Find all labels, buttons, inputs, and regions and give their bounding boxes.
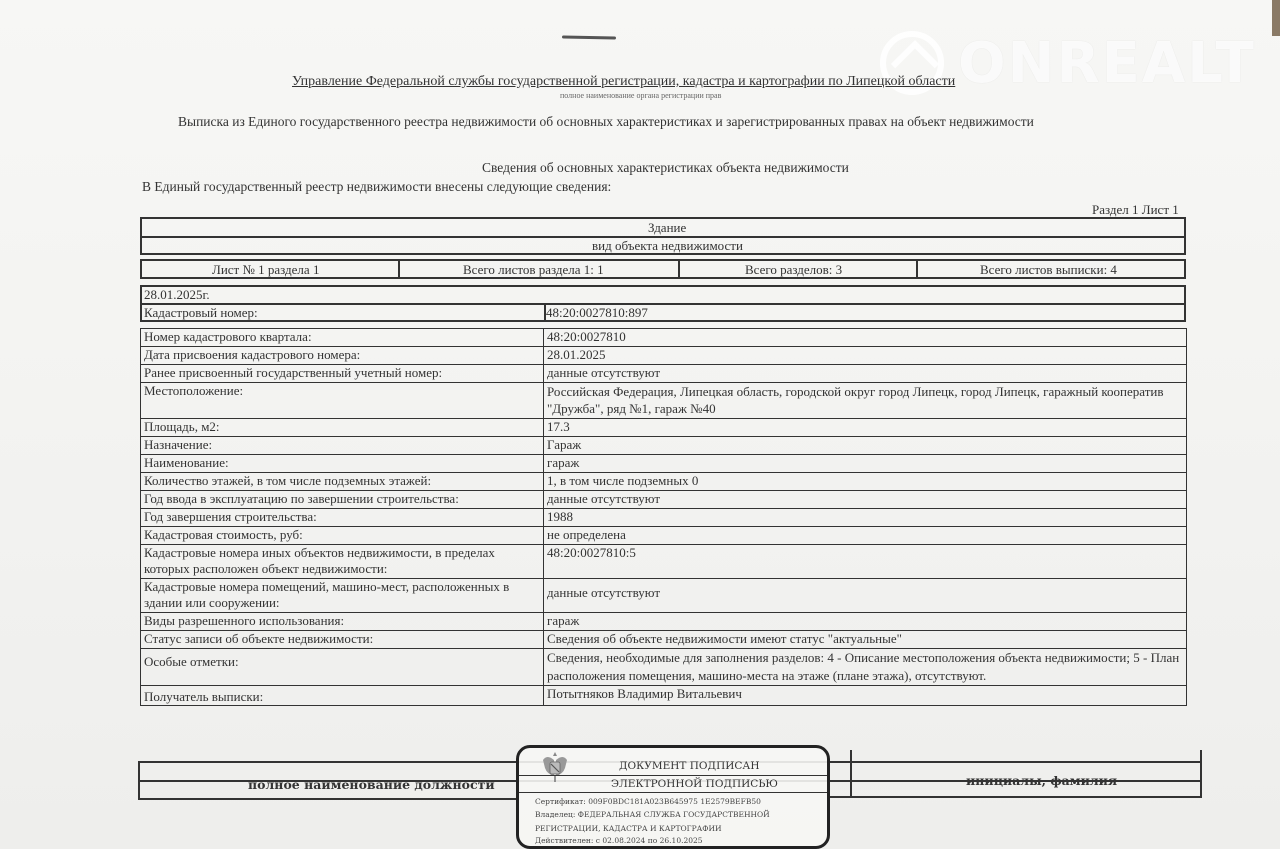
table-row: Особые отметки:Сведения, необходимые для… (141, 649, 1187, 686)
stamp-title-line1: ДОКУМЕНТ ПОДПИСАН (619, 760, 760, 772)
sheet-number: Лист № 1 раздела 1 (212, 262, 319, 278)
document-title: Выписка из Единого государственного реес… (178, 114, 1034, 130)
row-label: Наименование: (141, 455, 544, 473)
table-row: Дата присвоения кадастрового номера:28.0… (141, 347, 1187, 365)
row-value: 48:20:0027810 (544, 329, 1187, 347)
table-row: Наименование:гараж (141, 455, 1187, 473)
divider (398, 261, 400, 277)
watermark-text: ONREALT (958, 31, 1256, 96)
table-row: Кадастровая стоимость, руб:не определена (141, 527, 1187, 545)
row-value: 17.3 (544, 419, 1187, 437)
object-type-value: Здание (648, 220, 686, 236)
divider (678, 261, 680, 277)
table-row: Назначение:Гараж (141, 437, 1187, 455)
row-value: 1, в том числе подземных 0 (544, 473, 1187, 491)
table-row: Местоположение:Российская Федерация, Лип… (141, 383, 1187, 419)
row-label: Статус записи об объекте недвижимости: (141, 631, 544, 649)
object-type-caption: вид объекта недвижимости (592, 238, 743, 254)
row-value: гараж (544, 613, 1187, 631)
document-page: ONREALT Управление Федеральной службы го… (0, 0, 1280, 849)
signature-border-left (138, 761, 140, 799)
row-value: данные отсутствуют (544, 491, 1187, 509)
row-label: Кадастровые номера помещений, машино-мес… (141, 579, 544, 613)
row-label: Особые отметки: (141, 649, 544, 686)
position-caption: полное наименование должности (248, 777, 495, 792)
table-row: Кадастровые номера помещений, машино-мес… (141, 579, 1187, 613)
row-value: Российская Федерация, Липецкая область, … (544, 383, 1187, 419)
row-value: 48:20:0027810:5 (544, 545, 1187, 579)
table-row: Статус записи об объекте недвижимости:Св… (141, 631, 1187, 649)
row-label: Площадь, м2: (141, 419, 544, 437)
row-label: Назначение: (141, 437, 544, 455)
row-value: Потытняков Владимир Витальевич (544, 686, 1187, 706)
cadastral-number-value: 48:20:0027810:897 (546, 305, 648, 321)
table-row: Количество этажей, в том числе подземных… (141, 473, 1187, 491)
table-row: Ранее присвоенный государственный учетны… (141, 365, 1187, 383)
stamp-owner-line2: РЕГИСТРАЦИИ, КАДАСТРА И КАРТОГРАФИИ (535, 824, 722, 833)
characteristics-table: Номер кадастрового квартала:48:20:002781… (140, 328, 1187, 706)
table-row: Номер кадастрового квартала:48:20:002781… (141, 329, 1187, 347)
extract-date: 28.01.2025г. (144, 287, 210, 303)
stamp-certificate: Сертификат: 009F0BDC181A023B645975 1E257… (535, 797, 761, 806)
row-label: Год завершения строительства: (141, 509, 544, 527)
row-value: Сведения, необходимые для заполнения раз… (544, 649, 1187, 686)
date-cadastral-box (140, 285, 1186, 322)
table-row: Год ввода в эксплуатацию по завершении с… (141, 491, 1187, 509)
table-row: Год завершения строительства:1988 (141, 509, 1187, 527)
row-label: Номер кадастрового квартала: (141, 329, 544, 347)
row-value: Гараж (544, 437, 1187, 455)
intro-text: В Единый государственный реестр недвижим… (142, 179, 611, 195)
extract-sheets-total: Всего листов выписки: 4 (980, 262, 1117, 278)
row-label: Получатель выписки: (141, 686, 544, 706)
signature-line-bottom (138, 798, 518, 800)
row-label: Дата присвоения кадастрового номера: (141, 347, 544, 365)
pen-mark (562, 36, 616, 40)
signature-border-right (1200, 750, 1202, 798)
table-row: Получатель выписки:Потытняков Владимир В… (141, 686, 1187, 706)
divider (916, 261, 918, 277)
org-name: Управление Федеральной службы государств… (292, 74, 955, 90)
sheet-reference: Раздел 1 Лист 1 (1092, 202, 1179, 218)
stamp-validity: Действителен: с 02.08.2024 по 26.10.2025 (535, 836, 703, 845)
divider (142, 303, 1184, 305)
signature-line-bottom-right (830, 796, 1202, 798)
row-value: 28.01.2025 (544, 347, 1187, 365)
row-value: данные отсутствуют (544, 579, 1187, 613)
cadastral-number-label: Кадастровый номер: (144, 305, 258, 321)
name-caption: инициалы, фамилия (966, 773, 1117, 788)
table-row: Кадастровые номера иных объектов недвижи… (141, 545, 1187, 579)
row-label: Кадастровые номера иных объектов недвижи… (141, 545, 544, 579)
signature-divider (850, 750, 852, 797)
sections-total: Всего разделов: 3 (745, 262, 842, 278)
row-value: Сведения об объекте недвижимости имеют с… (544, 631, 1187, 649)
row-label: Ранее присвоенный государственный учетны… (141, 365, 544, 383)
org-caption: полное наименование органа регистрации п… (560, 91, 721, 100)
row-label: Кадастровая стоимость, руб: (141, 527, 544, 545)
stamp-owner-line1: Владелец: ФЕДЕРАЛЬНАЯ СЛУЖБА ГОСУДАРСТВЕ… (535, 810, 770, 819)
table-row: Виды разрешенного использования:гараж (141, 613, 1187, 631)
stamp-divider (519, 775, 827, 776)
section-sheets-total: Всего листов раздела 1: 1 (463, 262, 604, 278)
row-label: Местоположение: (141, 383, 544, 419)
eagle-emblem-icon (541, 750, 569, 784)
table-row: Площадь, м2:17.3 (141, 419, 1187, 437)
stamp-divider (519, 792, 827, 793)
row-label: Количество этажей, в том числе подземных… (141, 473, 544, 491)
row-value: 1988 (544, 509, 1187, 527)
section-title: Сведения об основных характеристиках объ… (482, 160, 849, 176)
stamp-title-line2: ЭЛЕКТРОННОЙ ПОДПИСЬЮ (611, 778, 778, 790)
row-value: гараж (544, 455, 1187, 473)
row-value: не определена (544, 527, 1187, 545)
electronic-signature-stamp: ДОКУМЕНТ ПОДПИСАН ЭЛЕКТРОННОЙ ПОДПИСЬЮ С… (516, 745, 830, 849)
row-label: Виды разрешенного использования: (141, 613, 544, 631)
row-label: Год ввода в эксплуатацию по завершении с… (141, 491, 544, 509)
row-value: данные отсутствуют (544, 365, 1187, 383)
